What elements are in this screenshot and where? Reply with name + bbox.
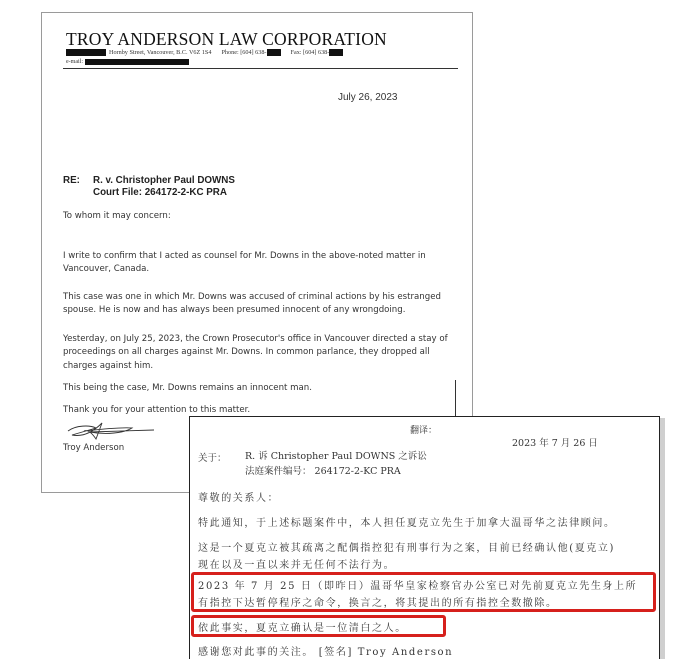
translation-date: 2023 年 7 月 26 日 <box>512 435 598 449</box>
re-case: R. v. Christopher Paul DOWNS <box>93 175 235 186</box>
translation-paragraph: 特此通知，于上述标题案件中，本人担任夏克立先生于加拿大温哥华之法律顾问。 <box>198 514 616 529</box>
translation-paragraph-highlighted: 2023 年 7 月 25 日（即昨日）温哥华皇家检察官办公室已对先前夏克立先生… <box>198 577 637 592</box>
translation-paragraph: 现在以及一直以来并无任何不法行为。 <box>198 556 395 571</box>
phone: Phone: [604] 638- <box>221 49 266 56</box>
redaction-block <box>85 59 189 65</box>
connector-line <box>455 380 456 417</box>
letterhead-address-line: Hornby Street, Vancouver, B.C. V6Z 1S4 P… <box>66 49 343 56</box>
signature-icon <box>62 419 157 443</box>
redaction-block <box>329 49 343 56</box>
salutation: To whom it may concern: <box>63 210 463 223</box>
translation-paragraph: 这是一个夏克立被其疏离之配偶指控犯有刑事行为之案，目前已经确认他(夏克立) <box>198 539 615 554</box>
paragraph: This case was one in which Mr. Downs was… <box>63 291 463 318</box>
translation-closing: 感谢您对此事的关注。 [签名] Troy Anderson <box>198 643 453 658</box>
letterhead-divider <box>63 68 458 69</box>
redaction-block <box>267 49 281 56</box>
chinese-translation: 翻译： 2023 年 7 月 26 日 关于： R. 诉 Christopher… <box>189 416 660 659</box>
letterhead-email-line: e-mail: <box>66 59 189 65</box>
firm-name: TROY ANDERSON LAW CORPORATION <box>66 29 387 50</box>
translation-paragraph-highlighted: 依此事实，夏克立确认是一位清白之人。 <box>198 619 407 634</box>
translation-re-case: R. 诉 Christopher Paul DOWNS 之诉讼 <box>245 448 427 462</box>
translation-paragraph-highlighted: 有指控下达暂停程序之命令，换言之，将其提出的所有指控全数撤除。 <box>198 594 558 609</box>
fax: Fax: [604] 638- <box>291 49 330 56</box>
email-label: e-mail: <box>66 59 83 65</box>
signatory-name: Troy Anderson <box>63 443 124 453</box>
re-court-file: Court File: 264172-2-KC PRA <box>93 187 227 198</box>
translation-court-file: 法庭案件编号： 264172-2-KC PRA <box>245 463 401 477</box>
redaction-block <box>66 49 106 56</box>
paragraph: Yesterday, on July 25, 2023, the Crown P… <box>63 333 463 373</box>
translation-salutation: 尊敬的关系人： <box>198 489 279 504</box>
translation-heading: 翻译： <box>410 423 437 436</box>
letter-date: July 26, 2023 <box>338 92 398 103</box>
paragraph: I write to confirm that I acted as couns… <box>63 250 463 277</box>
re-label: RE: <box>63 175 80 186</box>
about-label: 关于： <box>198 450 227 464</box>
paragraph: This being the case, Mr. Downs remains a… <box>63 382 463 395</box>
address: Hornby Street, Vancouver, B.C. V6Z 1S4 <box>109 49 211 56</box>
